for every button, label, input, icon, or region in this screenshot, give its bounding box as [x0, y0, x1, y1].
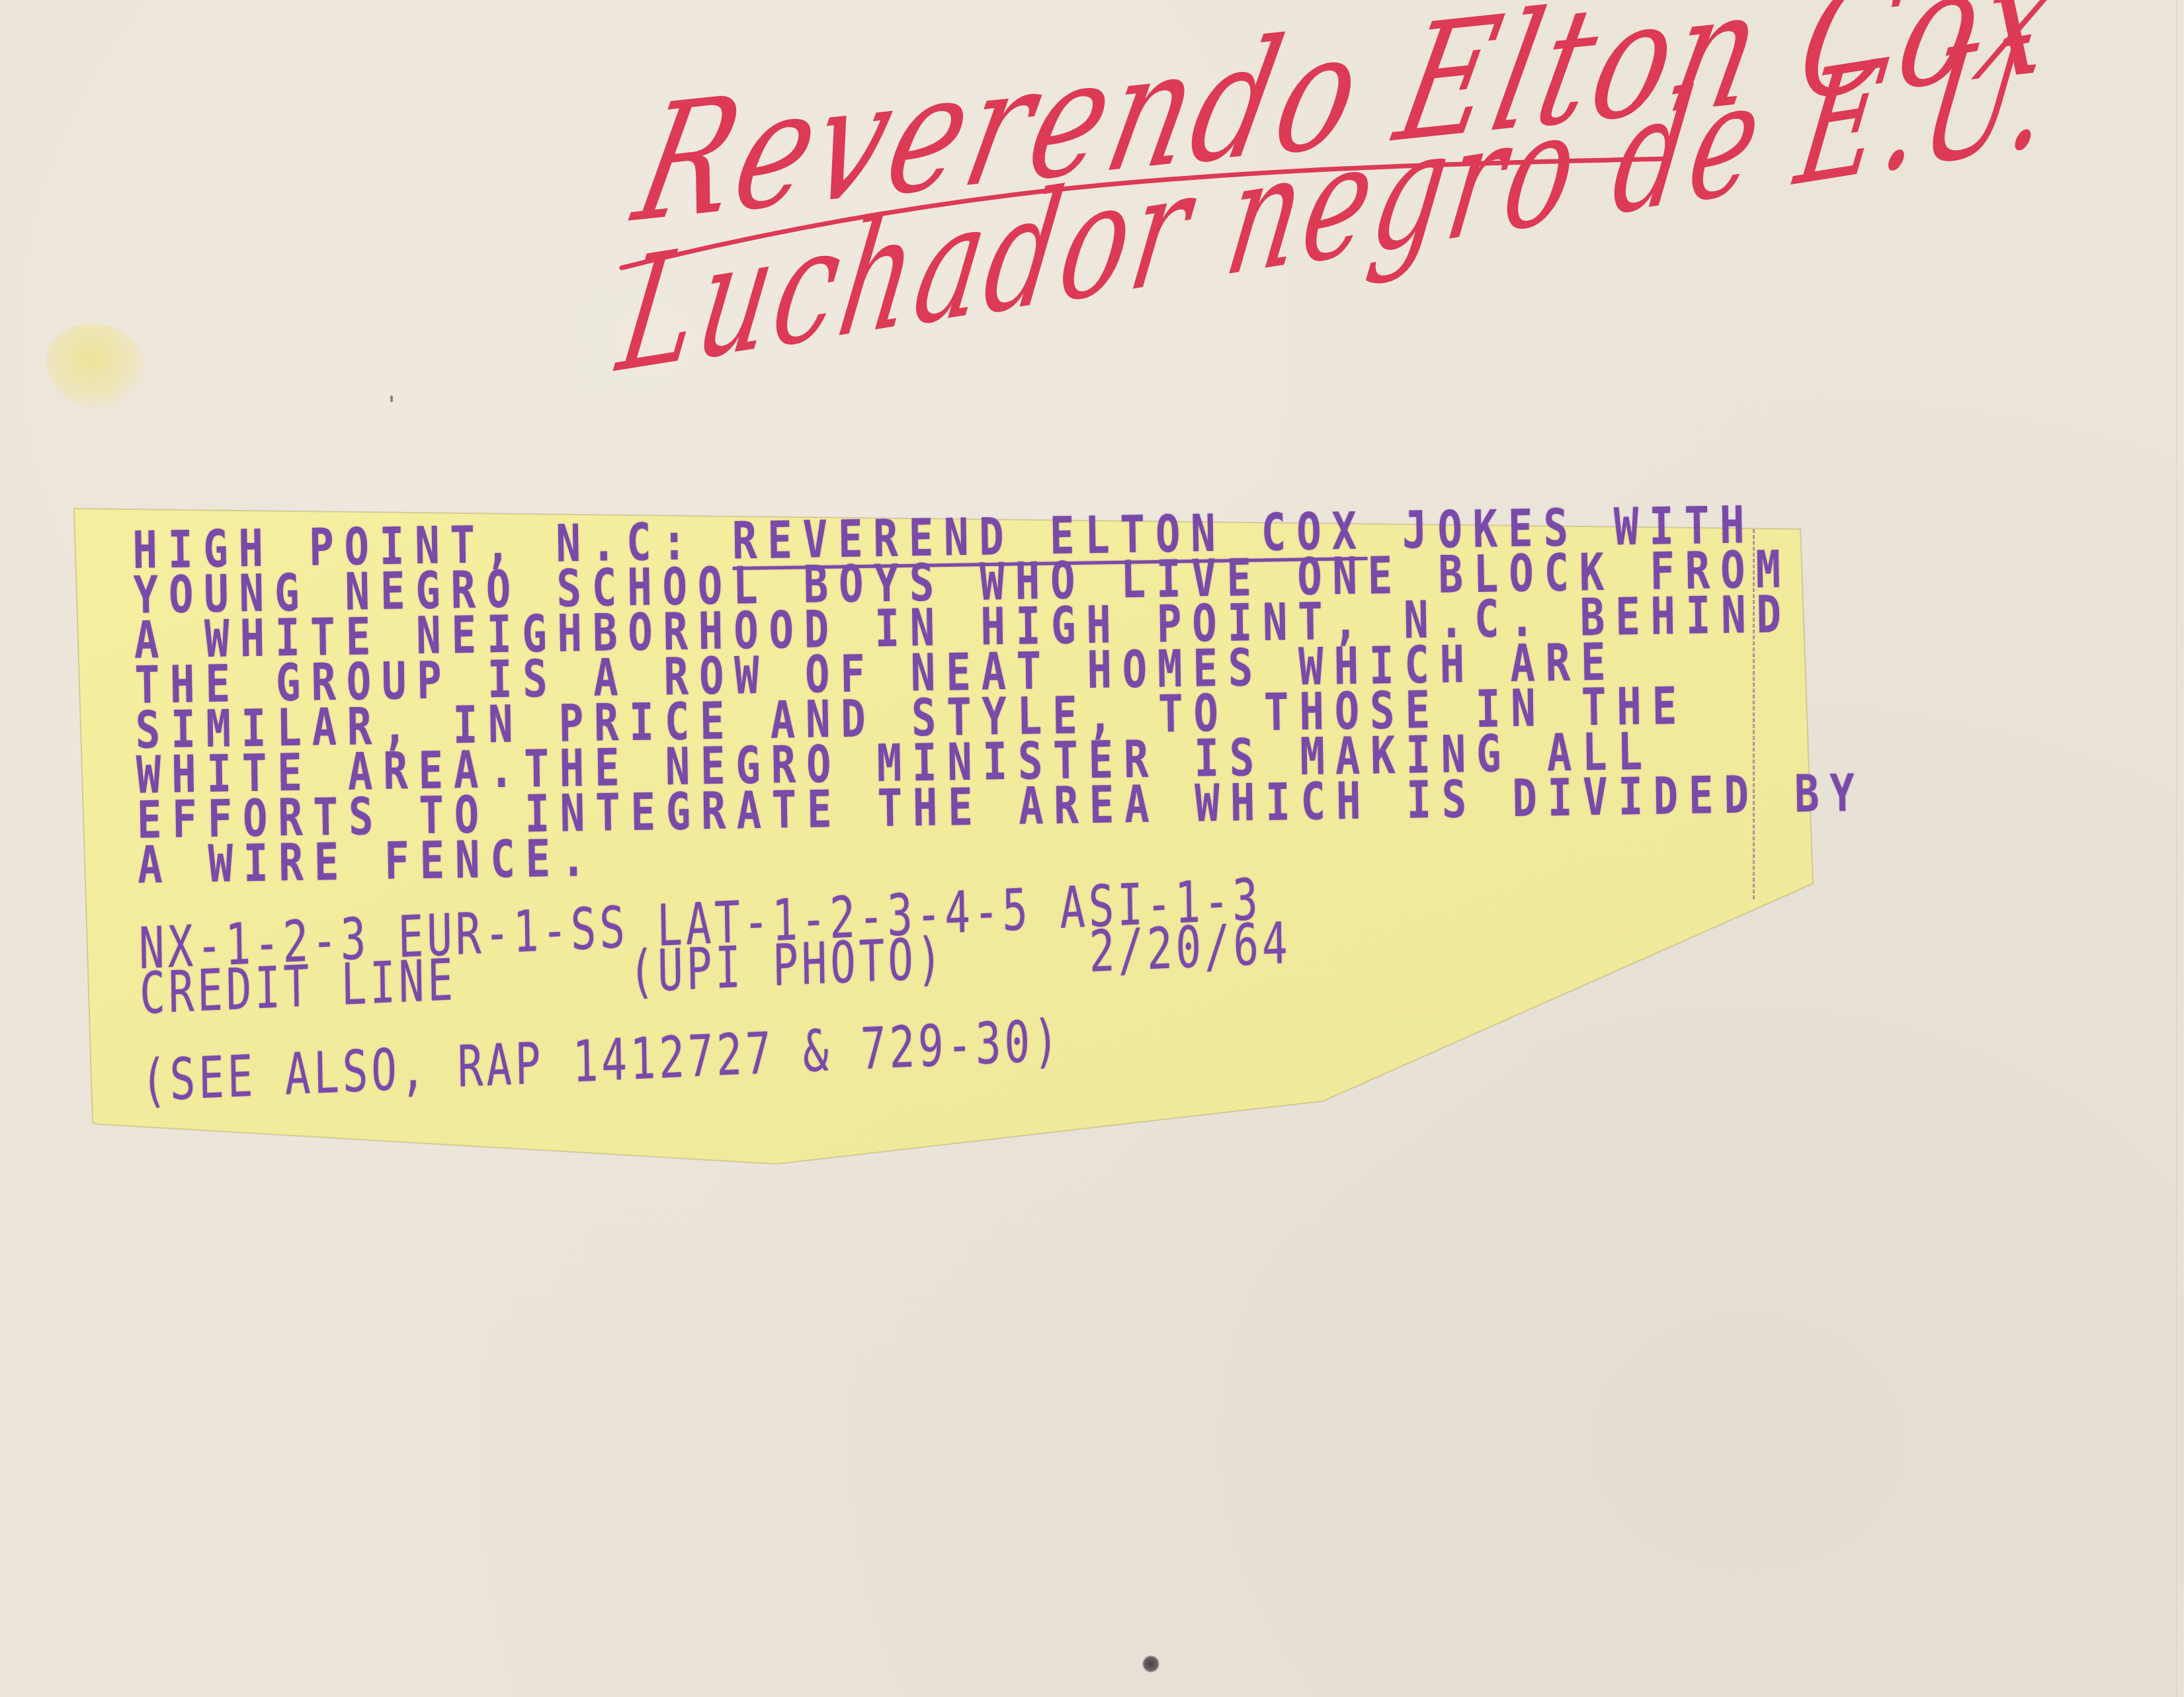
photo-date: 2/20/64	[1089, 911, 1291, 985]
credit-value: (UPI PHOTO)	[628, 926, 946, 1006]
caption-text: HIGH POINT, N.C: REVEREND ELTON COX JOKE…	[132, 496, 1808, 1096]
paper-speck	[390, 395, 393, 402]
ink-dot	[1142, 1655, 1159, 1673]
paper-stain	[46, 324, 146, 410]
credit-label: CREDIT LINE	[139, 948, 456, 1028]
handwritten-annotation: Reverendo Elton Cox Luchador negro de E.…	[595, 99, 1687, 443]
paper-fold-line	[2176, 0, 2177, 1697]
